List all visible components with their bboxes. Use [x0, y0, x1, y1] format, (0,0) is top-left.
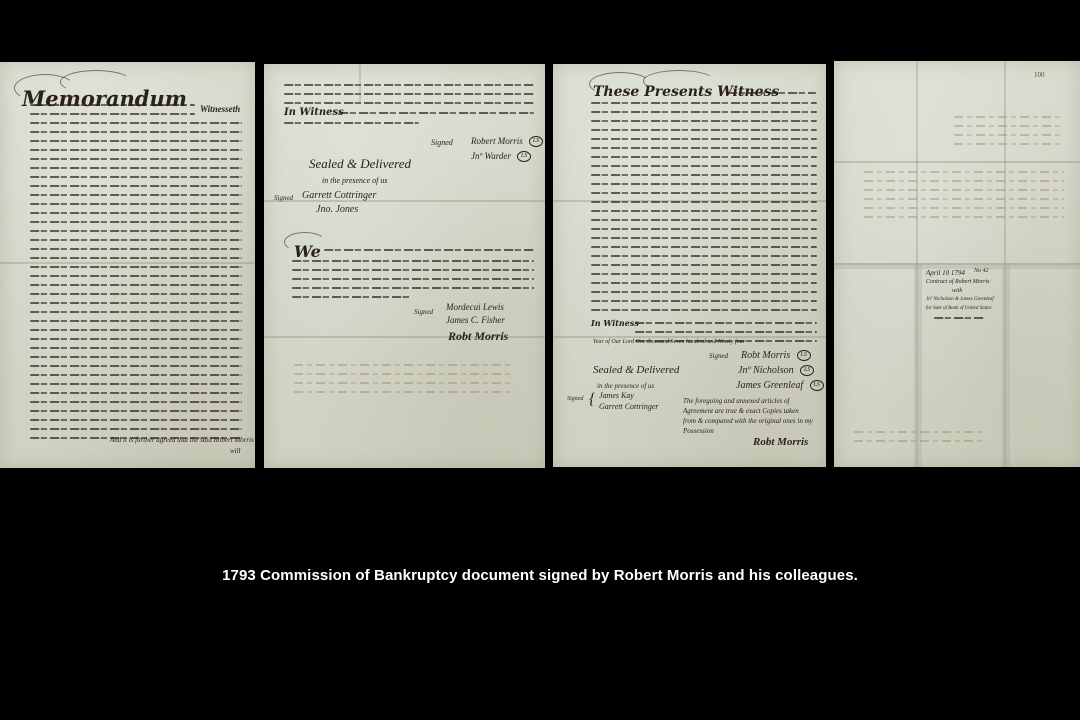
- document-page-these-presents: These Presents Witness In Witness Year o…: [553, 64, 826, 467]
- signature-john-nicholson: Jnº Nicholson LS: [738, 365, 814, 376]
- sealed-delivered-heading: Sealed & Delivered: [309, 156, 411, 172]
- seal-icon: LS: [529, 136, 543, 147]
- docket-line: for Sale of Bank of United States: [926, 306, 992, 311]
- assignee-signature: James C. Fisher: [446, 315, 505, 325]
- body-text-lines: [339, 112, 534, 121]
- signature-name: Jnº Nicholson: [738, 365, 794, 376]
- repair-strip: [1002, 263, 1010, 467]
- docket-small-number: No 42: [974, 268, 989, 274]
- witness-signature: Garrett Cottringer: [599, 402, 658, 411]
- catchword: will: [230, 447, 241, 455]
- assignee-signature: Robt Morris: [448, 329, 508, 344]
- faded-bleedthrough-lines: [854, 431, 984, 449]
- faded-text-lines: [294, 364, 514, 400]
- signature-robert-morris: Robert Morris LS: [471, 136, 543, 147]
- margin-note: Witnesseth: [200, 104, 240, 114]
- docket-line: Contract of Robert Morris: [926, 279, 990, 285]
- seal-icon: LS: [810, 380, 824, 391]
- witness-signed-label: Signed: [274, 194, 293, 202]
- signature-name: Jnº Warder: [471, 151, 511, 161]
- witness-brace: {: [589, 391, 595, 409]
- body-text-lines: [591, 102, 817, 318]
- image-caption: 1793 Commission of Bankruptcy document s…: [0, 567, 1080, 584]
- sealed-delivered-heading: Sealed & Delivered: [593, 364, 679, 376]
- closing-text: And it is further agreed that the said R…: [110, 436, 254, 444]
- signature-james-greenleaf: James Greenleaf LS: [736, 380, 824, 391]
- witness-signature: Garrett Cottringer: [302, 190, 376, 201]
- signature-name: Robt Morris: [741, 350, 790, 361]
- certification-text: The foregoing and annexed articles of Ag…: [683, 396, 813, 436]
- document-page-witness: In Witness Signed Robert Morris LS Jnº W…: [264, 64, 545, 468]
- signature-robert-morris: Robt Morris LS: [741, 350, 811, 361]
- presence-text: in the presence of us: [597, 382, 654, 390]
- certifier-signature: Robt Morris: [753, 436, 808, 448]
- faded-bleedthrough-lines: [954, 116, 1064, 152]
- signature-john-warder: Jnº Warder LS: [471, 151, 531, 162]
- body-text-lines: [728, 92, 816, 101]
- paper-fold: [834, 161, 1080, 163]
- presence-text: in the presence of us: [322, 176, 387, 185]
- we-heading: We: [294, 242, 321, 261]
- docket-number: 100: [1034, 71, 1045, 79]
- in-witness-heading: In Witness: [284, 107, 344, 118]
- faded-bleedthrough-lines: [864, 171, 1064, 225]
- docket-line: Jnº Nicholson & James Greenleaf: [926, 297, 994, 302]
- body-text-lines: [30, 104, 195, 122]
- document-page-memorandum: Memorandum Witnesseth And it is further …: [0, 62, 255, 468]
- witness-signature: Jno. Jones: [316, 204, 358, 215]
- seal-icon: LS: [797, 350, 811, 361]
- docket-line: with: [952, 288, 962, 294]
- assignee-signature: Mordecai Lewis: [446, 302, 504, 312]
- signature-name: Robert Morris: [471, 136, 523, 146]
- body-text-lines: [324, 249, 534, 258]
- witness-signed-label: Signed: [567, 396, 583, 402]
- signature-name: James Greenleaf: [736, 380, 803, 391]
- witness-signature: James Kay: [599, 391, 634, 400]
- body-text-lines: [292, 260, 534, 296]
- signed-label: Signed: [709, 352, 728, 360]
- document-page-docket: 100 April 10 1794 No 42 Contract of Robe…: [834, 61, 1080, 467]
- body-text-lines: [284, 122, 419, 131]
- body-text-lines: [30, 122, 242, 446]
- signed-label: Signed: [414, 308, 433, 316]
- signed-label: Signed: [431, 138, 453, 147]
- in-witness-heading: In Witness: [591, 318, 639, 328]
- seal-icon: LS: [800, 365, 814, 376]
- seal-icon: LS: [517, 151, 531, 162]
- date-line: Year of Our Lord One thousand Seven hund…: [593, 339, 745, 345]
- docket-underline: [934, 317, 984, 326]
- body-text-lines: [292, 296, 412, 305]
- docket-line: April 10 1794: [926, 269, 965, 277]
